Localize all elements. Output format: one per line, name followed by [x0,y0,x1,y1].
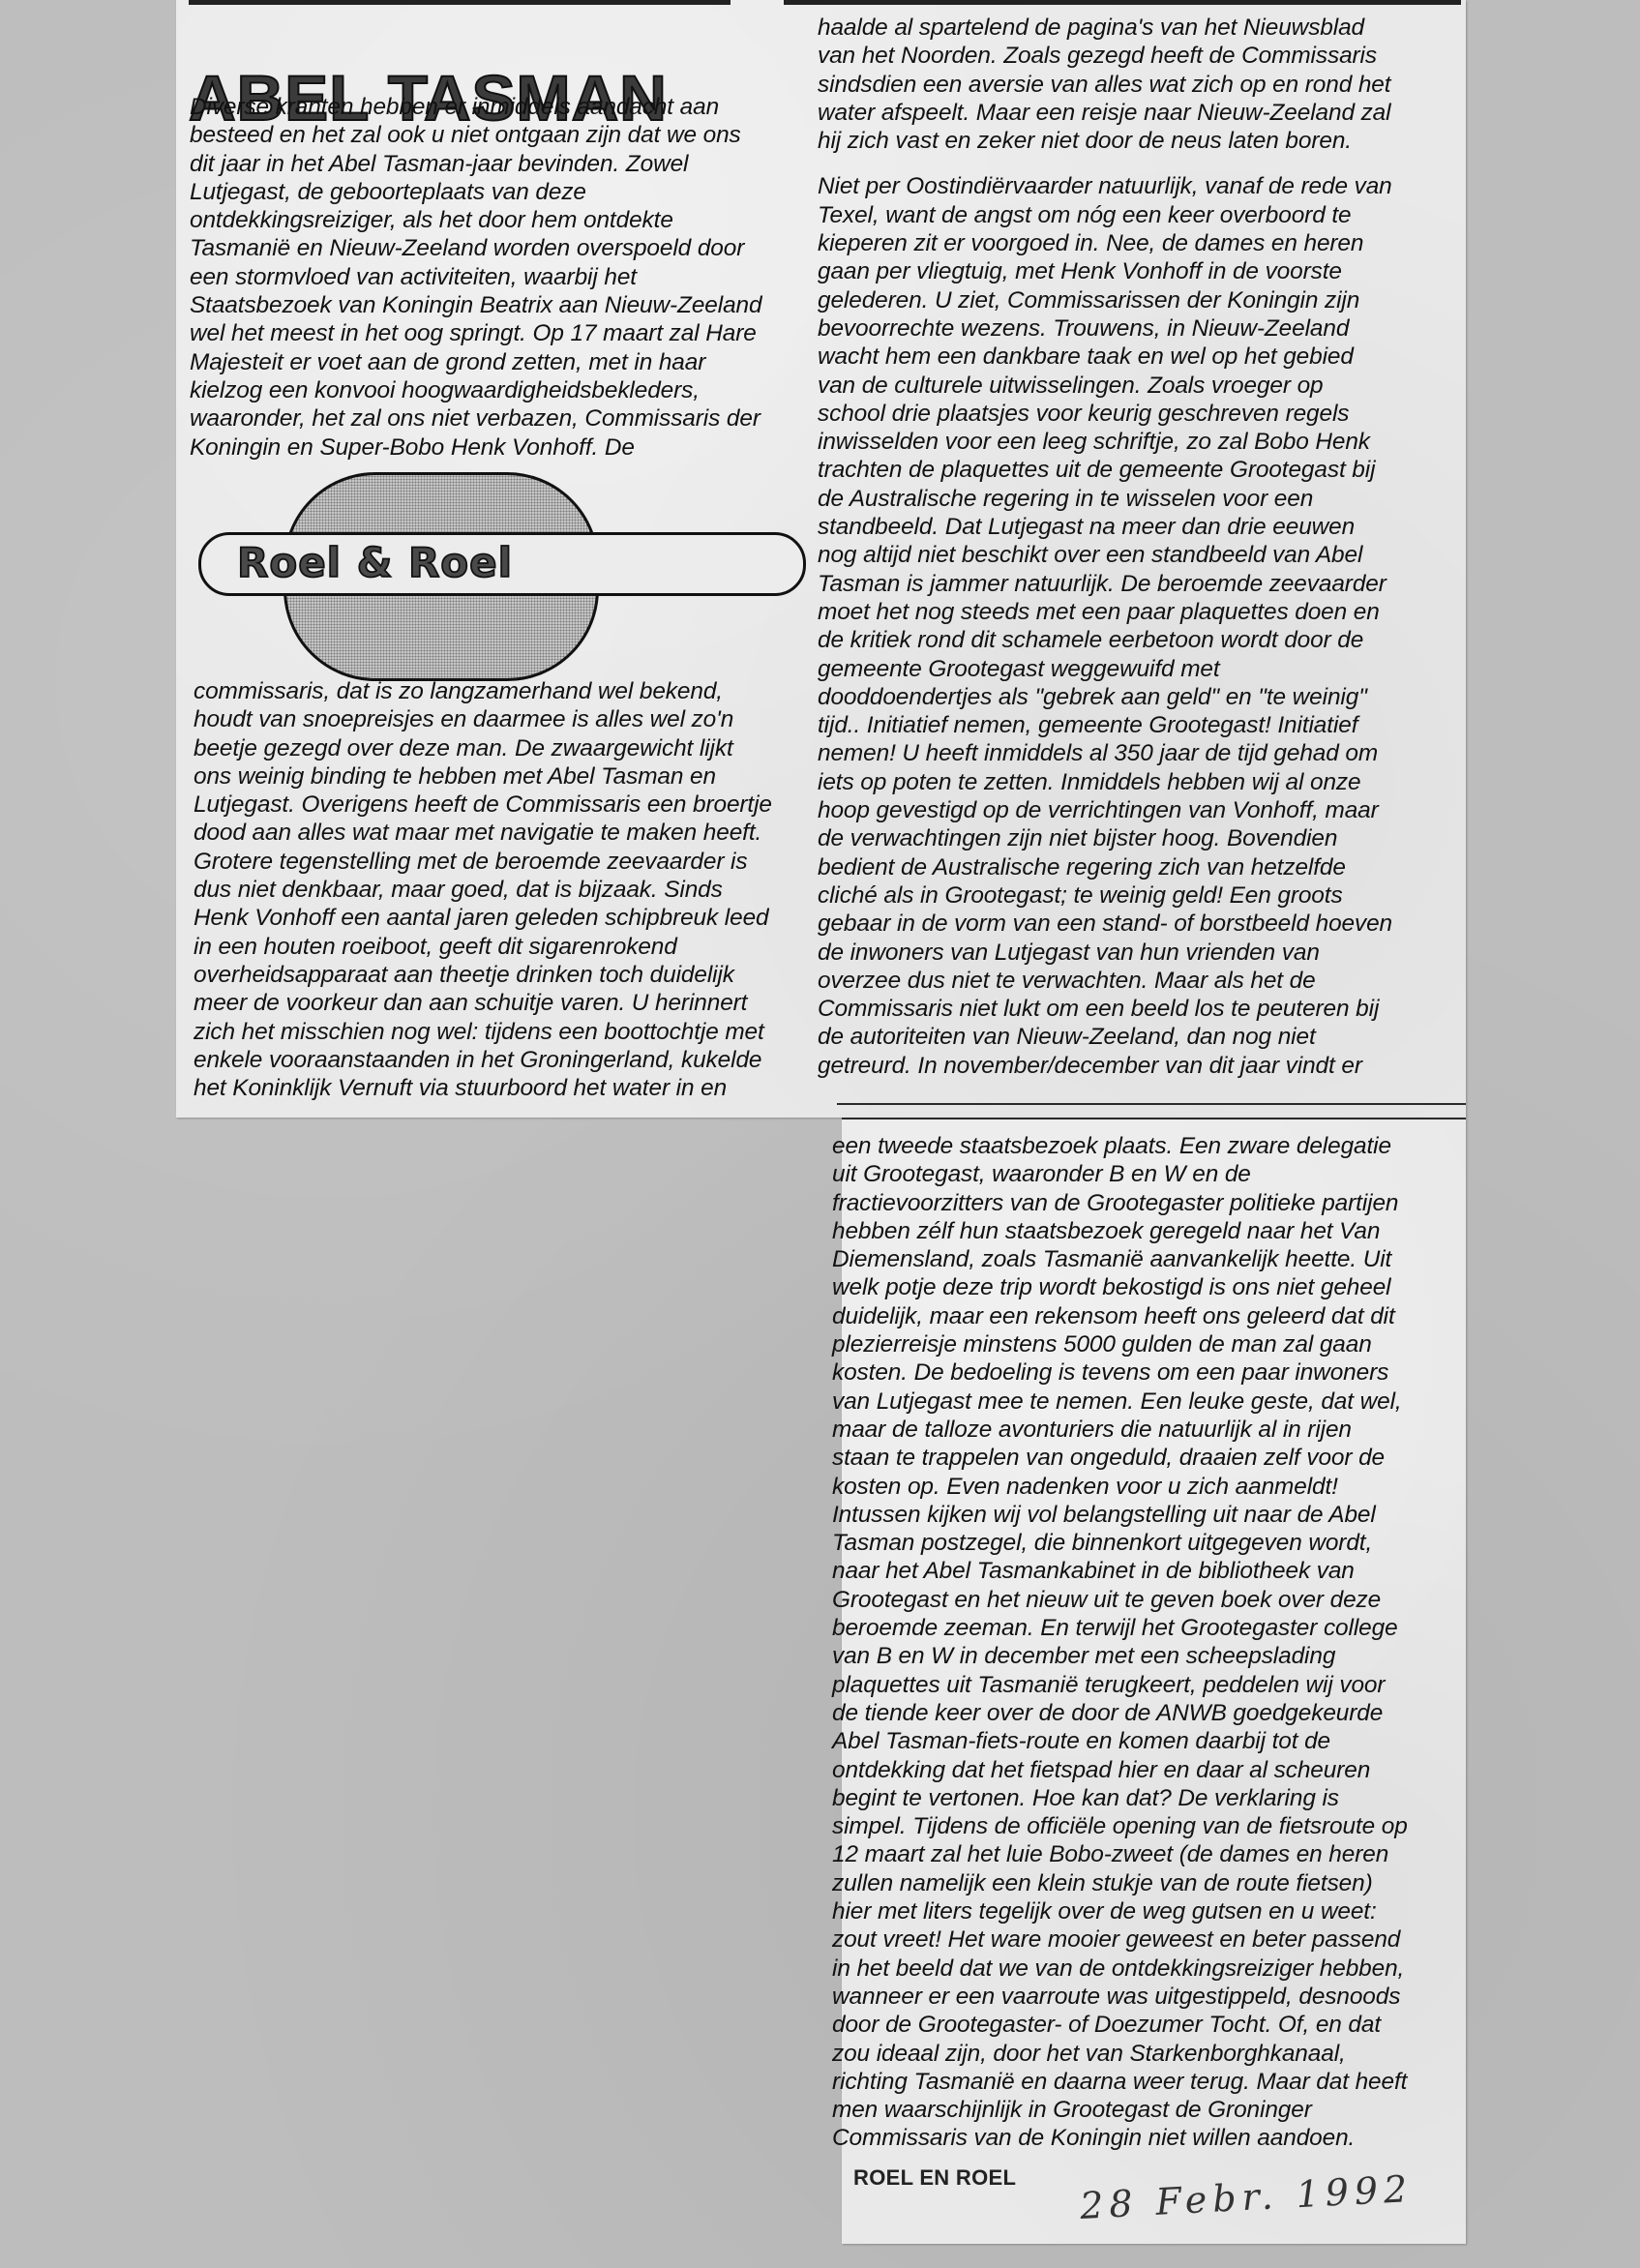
text-line: welk potje deze trip wordt bekostigd is … [832,1273,1408,1301]
text-line: Tasman is jammer natuurlijk. De beroemde… [818,570,1392,598]
text-line: hier met liters tegelijk over de weg gut… [832,1897,1408,1925]
text-line: nemen! U heeft inmiddels al 350 jaar de … [818,739,1392,767]
text-line: wacht hem een dankbare taak en wel op he… [818,343,1392,371]
text-line: Grotere tegenstelling met de beroemde ze… [194,848,772,876]
text-line: getreurd. In november/december van dit j… [818,1052,1392,1080]
text-line: overzee dus niet te verwachten. Maar als… [818,967,1392,995]
text-line: hij zich vast en zeker niet door de neus… [818,127,1392,155]
text-line: kieperen zit er voorgoed in. Nee, de dam… [818,229,1392,257]
text-line: Grootegast en het nieuw uit te geven boe… [832,1586,1408,1614]
text-line: van Lutjegast mee te nemen. Een leuke ge… [832,1388,1408,1416]
text-line: een stormvloed van activiteiten, waarbij… [190,263,761,291]
text-line: uit Grootegast, waaronder B en W en de [832,1160,1408,1188]
text-line: ons weinig binding te hebben met Abel Ta… [194,762,772,791]
text-line: de verwachtingen zijn niet bijster hoog.… [818,824,1392,852]
column-left-top: Diverse kranten hebben er inmiddels aand… [190,93,761,462]
text-line: iets op poten te zetten. Inmiddels hebbe… [818,768,1392,796]
text-line: kielzog een konvooi hoogwaardigheidsbekl… [190,376,761,404]
paragraph-2: Niet per Oostindiërvaarder natuurlijk, v… [818,172,1392,1080]
text-line: waaronder, het zal ons niet verbazen, Co… [190,404,761,433]
text-line: richting Tasmanië en daarna weer terug. … [832,2068,1408,2096]
text-line: meer de voorkeur dan aan schuitje varen.… [194,989,772,1017]
text-line: kosten. De bedoeling is tevens om een pa… [832,1358,1408,1387]
text-line: de autoriteiten van Nieuw-Zeeland, dan n… [818,1023,1392,1051]
text-line: enkele vooraanstaanden in het Groningerl… [194,1046,772,1074]
text-line: Tasmanië en Nieuw-Zeeland worden overspo… [190,234,761,262]
text-line: zou ideaal zijn, door het van Starkenbor… [832,2040,1408,2068]
text-line: wanneer er een vaarroute was uitgestippe… [832,1983,1408,2011]
text-line: school drie plaatsjes voor keurig geschr… [818,400,1392,428]
column-left-bottom: commissaris, dat is zo langzamerhand wel… [194,677,772,1102]
text-line: duidelijk, maar een rekensom heeft ons g… [832,1302,1408,1330]
text-line: Staatsbezoek van Koningin Beatrix aan Ni… [190,291,761,319]
text-line: moet het nog steeds met een paar plaquet… [818,598,1392,626]
text-line: Niet per Oostindiërvaarder natuurlijk, v… [818,172,1392,200]
text-line: de kritiek rond dit schamele eerbetoon w… [818,626,1392,654]
text-line: water afspeelt. Maar een reisje naar Nie… [818,99,1392,127]
text-line: overheidsapparaat aan theetje drinken to… [194,961,772,989]
clipping-divider [837,1103,1466,1105]
text-line: Diemensland, zoals Tasmanië aanvankelijk… [832,1245,1408,1273]
text-line: in een houten roeiboot, geeft dit sigare… [194,933,772,961]
text-line: standbeeld. Dat Lutjegast na meer dan dr… [818,513,1392,541]
text-line: Texel, want de angst om nóg een keer ove… [818,201,1392,229]
text-line: dood aan alles wat maar met navigatie te… [194,819,772,847]
text-line: het Koninklijk Vernuft via stuurboord he… [194,1074,772,1102]
text-line: Tasman postzegel, die binnenkort uitgege… [832,1529,1408,1557]
text-line: zout vreet! Het ware mooier geweest en b… [832,1925,1408,1954]
text-line: hebben zélf hun staatsbezoek geregeld na… [832,1217,1408,1245]
top-rule-right [784,0,1461,5]
text-line: bevoorrechte wezens. Trouwens, in Nieuw-… [818,314,1392,343]
paragraph-1: haalde al spartelend de pagina's van het… [818,14,1392,155]
text-line: 12 maart zal het luie Bobo-zweet (de dam… [832,1840,1408,1868]
text-line: beetje gezegd over deze man. De zwaargew… [194,734,772,762]
text-line: men waarschijnlijk in Grootegast de Gron… [832,2096,1408,2124]
text-line: commissaris, dat is zo langzamerhand wel… [194,677,772,705]
text-line: van B en W in december met een scheepsla… [832,1642,1408,1670]
text-line: Koningin en Super-Bobo Henk Vonhoff. De [190,433,761,462]
text-line: Commissaris van de Koningin niet willen … [832,2124,1408,2152]
text-line: Diverse kranten hebben er inmiddels aand… [190,93,761,121]
logo-text: Roel & Roel [237,540,513,586]
text-line: ontdekking dat het fietspad hier en daar… [832,1756,1408,1784]
text-line: cliché als in Grootegast; te weinig geld… [818,881,1392,910]
text-line: gaan per vliegtuig, met Henk Vonhoff in … [818,257,1392,285]
text-line: Commissaris niet lukt om een beeld los t… [818,995,1392,1023]
text-line: Abel Tasman-fiets-route en komen daarbij… [832,1727,1408,1755]
text-line: Majesteit er voet aan de grond zetten, m… [190,348,761,376]
text-line: naar het Abel Tasmankabinet in de biblio… [832,1557,1408,1585]
text-line: plezierreisje minstens 5000 gulden de ma… [832,1330,1408,1358]
text-line: de inwoners van Lutjegast van hun vriend… [818,939,1392,967]
text-line: door de Grootegaster- of Doezumer Tocht.… [832,2011,1408,2039]
text-line: dus niet denkbaar, maar goed, dat is bij… [194,876,772,904]
text-line: beroemde zeeman. En terwijl het Grootega… [832,1614,1408,1642]
text-line: hoop gevestigd op de verrichtingen van V… [818,796,1392,824]
text-line: trachten de plaquettes uit de gemeente G… [818,456,1392,484]
roel-en-roel-logo: Roel & Roel [198,472,808,675]
text-line: houdt van snoepreisjes en daarmee is all… [194,705,772,733]
text-line: kosten op. Even nadenken voor u zich aan… [832,1473,1408,1501]
byline: ROEL EN ROEL [853,2165,1016,2191]
top-rule-left [189,0,731,5]
text-line: dooddoendertjes als "gebrek aan geld" en… [818,683,1392,711]
text-line: fractievoorzitters van de Grootegaster p… [832,1189,1408,1217]
text-line: gelederen. U ziet, Commissarissen der Ko… [818,286,1392,314]
text-line: zullen namelijk een klein stukje van de … [832,1869,1408,1897]
text-line: van de culturele uitwisselingen. Zoals v… [818,372,1392,400]
text-line: besteed en het zal ook u niet ontgaan zi… [190,121,761,149]
column-right-top: haalde al spartelend de pagina's van het… [818,14,1392,1080]
text-line: gebaar in de vorm van een stand- of bors… [818,910,1392,938]
text-line: Henk Vonhoff een aantal jaren geleden sc… [194,904,772,932]
text-line: de Australische regering in te wisselen … [818,485,1392,513]
text-line: inwisselden voor een leeg schriftje, zo … [818,428,1392,456]
text-line: gemeente Grootegast weggewuifd met [818,655,1392,683]
text-line: nog altijd niet beschikt over een standb… [818,541,1392,569]
text-line: tijd.. Initiatief nemen, gemeente Groote… [818,711,1392,739]
text-line: zich het misschien nog wel: tijdens een … [194,1018,772,1046]
text-line: simpel. Tijdens de officiële opening van… [832,1812,1408,1840]
text-line: een tweede staatsbezoek plaats. Een zwar… [832,1132,1408,1160]
text-line: maar de talloze avonturiers die natuurli… [832,1416,1408,1444]
text-line: plaquettes uit Tasmanië terugkeert, pedd… [832,1671,1408,1699]
text-line: Intussen kijken wij vol belangstelling u… [832,1501,1408,1529]
text-line: Lutjegast, de geboorteplaats van deze [190,178,761,206]
text-line: wel het meest in het oog springt. Op 17 … [190,319,761,347]
text-line: bedient de Australische regering zich va… [818,853,1392,881]
paragraph-gap [818,155,1392,172]
column-right-continuation: een tweede staatsbezoek plaats. Een zwar… [832,1132,1408,2153]
text-line: in het beeld dat we van de ontdekkingsre… [832,1955,1408,1983]
text-line: Lutjegast. Overigens heeft de Commissari… [194,791,772,819]
text-line: van het Noorden. Zoals gezegd heeft de C… [818,42,1392,70]
text-line: ontdekkingsreiziger, als het door hem on… [190,206,761,234]
text-line: dit jaar in het Abel Tasman-jaar bevinde… [190,150,761,178]
text-line: haalde al spartelend de pagina's van het… [818,14,1392,42]
text-line: sindsdien een aversie van alles wat zich… [818,71,1392,99]
text-line: staan te trappelen van ongeduld, draaien… [832,1444,1408,1472]
text-line: begint te vertonen. Hoe kan dat? De verk… [832,1784,1408,1812]
text-line: de tiende keer over de door de ANWB goed… [832,1699,1408,1727]
